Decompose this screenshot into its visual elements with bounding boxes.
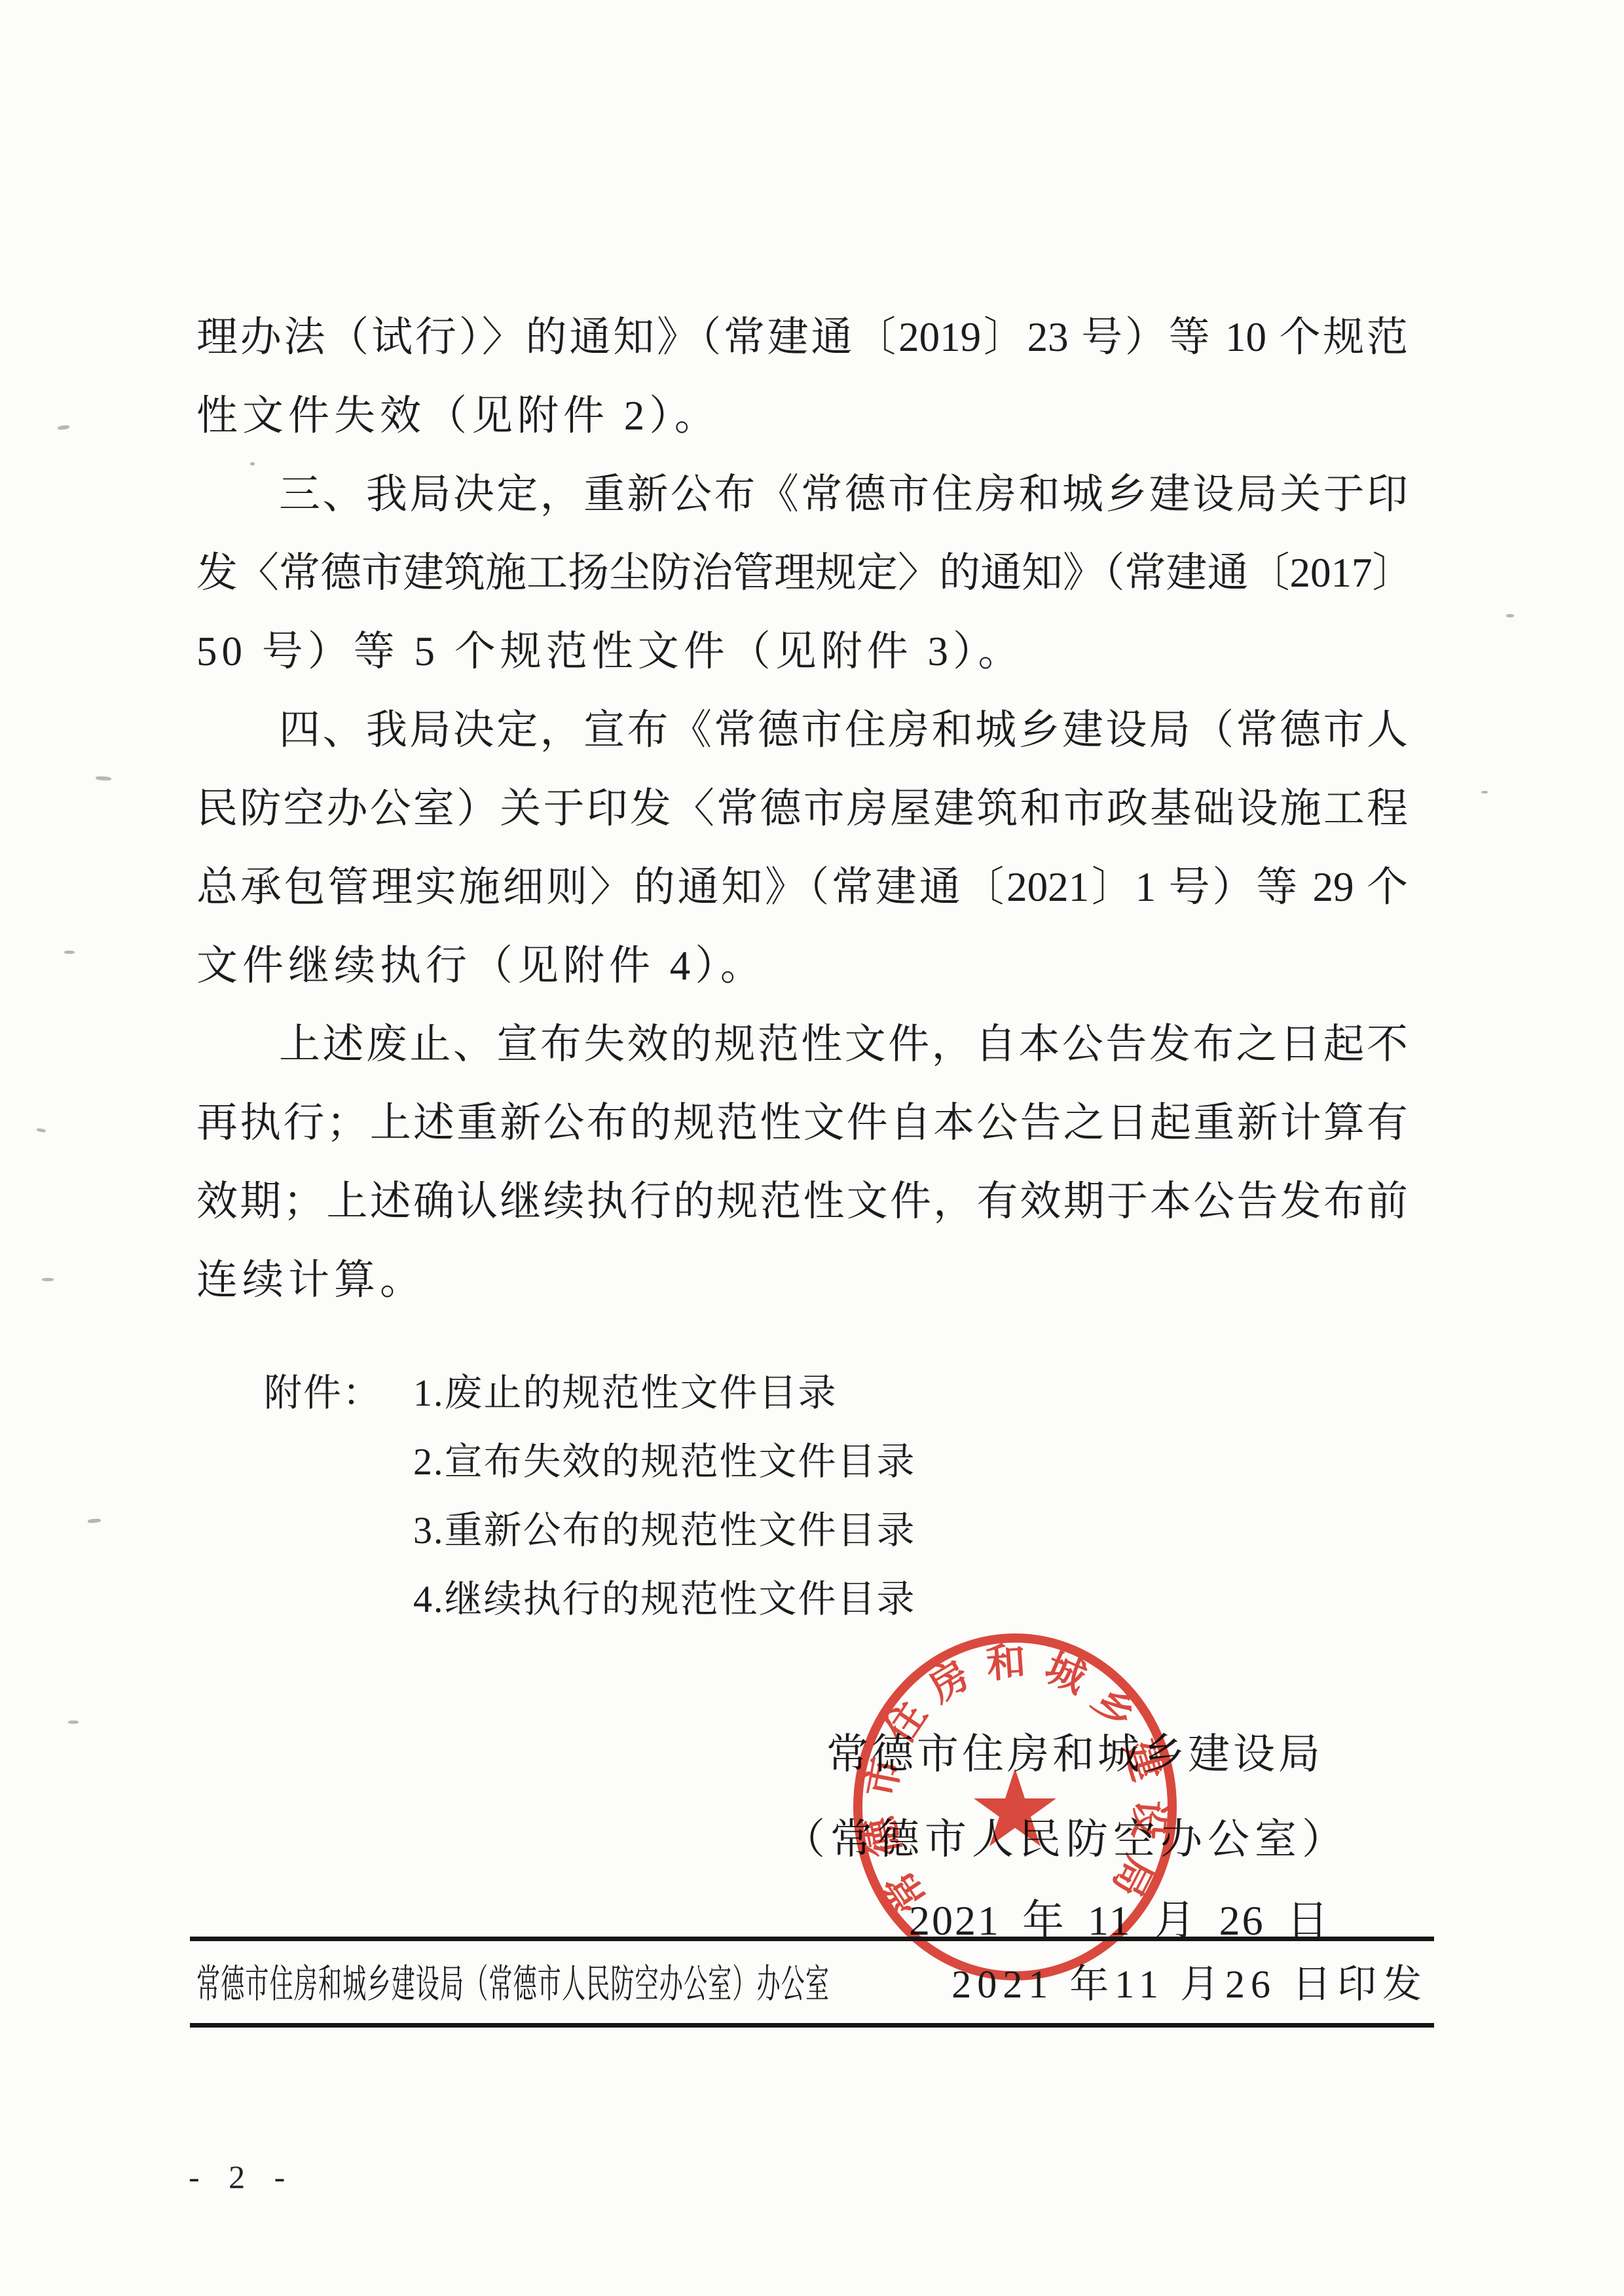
scan-speck	[37, 1128, 46, 1133]
footer-issuer: 常德市住房和城乡建设局（常德市人民防空办公室）办公室	[196, 1963, 830, 2006]
scan-speck	[68, 1721, 79, 1724]
body-line: 民防空办公室）关于印发〈常德市房屋建筑和市政基础设施工程	[196, 786, 1408, 831]
body-line: 连续计算。	[196, 1257, 1408, 1303]
body-line: 50 号）等 5 个规范性文件（见附件 3）。	[196, 629, 1408, 674]
attachment-item: 2.宣布失效的规范性文件目录	[413, 1441, 916, 1483]
scan-speck	[1506, 614, 1514, 617]
official-seal: 常德市住房和城乡建设局	[853, 1633, 1177, 1980]
footer-rule-top	[190, 1937, 1434, 1941]
body-line: 效期；上述确认继续执行的规范性文件，有效期于本公告发布前	[196, 1178, 1408, 1224]
body-line: 四、我局决定，宣布《常德市住房和城乡建设局（常德市人	[196, 707, 1408, 753]
attachment-item: 3.重新公布的规范性文件目录	[413, 1510, 916, 1552]
scan-speck	[250, 462, 255, 465]
scan-speck	[64, 951, 75, 954]
body-line: 性文件失效（见附件 2）。	[196, 393, 1408, 439]
body-line: 三、我局决定，重新公布《常德市住房和城乡建设局关于印	[196, 471, 1408, 517]
document-page: 理办法（试行）〉的通知》（常建通〔2019〕23 号）等 10 个规范 性文件失…	[0, 0, 1624, 2296]
body-line: 总承包管理实施细则〉的通知》（常建通〔2021〕1 号）等 29 个	[196, 864, 1408, 910]
body-line: 再执行；上述重新公布的规范性文件自本公告之日起重新计算有	[196, 1100, 1408, 1146]
scan-speck	[88, 1518, 101, 1523]
scan-speck	[96, 776, 111, 781]
body-line: 上述废止、宣布失效的规范性文件，自本公告发布之日起不	[196, 1021, 1408, 1067]
seal-star-icon	[974, 1768, 1056, 1846]
body-line: 理办法（试行）〉的通知》（常建通〔2019〕23 号）等 10 个规范	[196, 314, 1408, 360]
attachments-label: 附件：	[264, 1372, 382, 1414]
scan-speck	[58, 425, 70, 430]
footer-print-date: 2021 年11 月26 日印发	[951, 1963, 1428, 2006]
attachment-item: 4.继续执行的规范性文件目录	[413, 1578, 916, 1620]
body-line: 文件继续执行（见附件 4）。	[196, 943, 1408, 989]
scan-speck	[1481, 791, 1488, 793]
body-line: 发〈常德市建筑施工扬尘防治管理规定〉的通知》（常建通〔2017〕	[196, 550, 1408, 596]
scan-speck	[42, 1278, 54, 1281]
attachment-item: 1.废止的规范性文件目录	[413, 1372, 838, 1414]
page-number: - 2 -	[189, 2158, 295, 2196]
footer-rule-bottom	[190, 2023, 1434, 2028]
